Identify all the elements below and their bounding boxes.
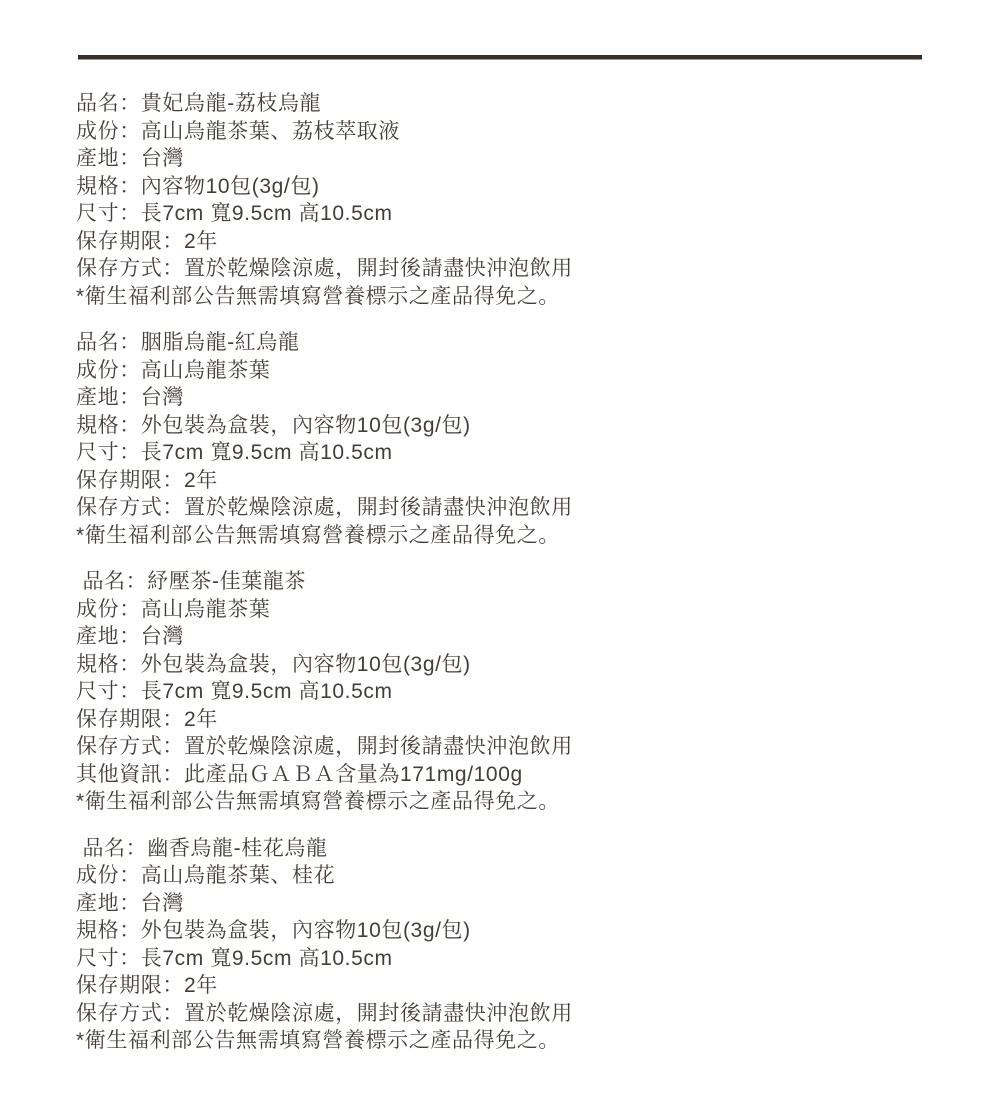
spec-line: *衛生福利部公告無需填寫營養標示之產品得免之。 <box>76 283 946 311</box>
spec-line: 其他資訊：此產品ＧＡＢＡ含量為171mg/100g <box>76 761 946 789</box>
spec-line: 保存方式：置於乾燥陰涼處，開封後請盡快沖泡飲用 <box>76 494 946 522</box>
spec-line: 尺寸：長7cm 寬9.5cm 高10.5cm <box>76 678 946 706</box>
spec-line: 成份：高山烏龍茶葉、荔枝萃取液 <box>76 118 946 146</box>
spec-line: 規格：外包裝為盒裝，內容物10包(3g/包) <box>76 651 946 679</box>
spec-line: 保存期限：2年 <box>76 467 946 495</box>
spec-line: 產地：台灣 <box>76 890 946 918</box>
spec-line: *衛生福利部公告無需填寫營養標示之產品得免之。 <box>76 522 946 550</box>
spec-line: 成份：高山烏龍茶葉、桂花 <box>76 862 946 890</box>
spec-line: *衛生福利部公告無需填寫營養標示之產品得免之。 <box>76 788 946 816</box>
spec-line: 尺寸：長7cm 寬9.5cm 高10.5cm <box>76 200 946 228</box>
spec-line: *衛生福利部公告無需填寫營養標示之產品得免之。 <box>76 1027 946 1055</box>
spec-line: 規格：外包裝為盒裝，內容物10包(3g/包) <box>76 917 946 945</box>
spec-line: 產地：台灣 <box>76 145 946 173</box>
spec-line: 品名：胭脂烏龍-紅烏龍 <box>76 329 946 357</box>
spec-line: 規格：外包裝為盒裝，內容物10包(3g/包) <box>76 412 946 440</box>
spec-line: 保存期限：2年 <box>76 972 946 1000</box>
spec-line: 尺寸：長7cm 寬9.5cm 高10.5cm <box>76 439 946 467</box>
product-spec-block: 品名：貴妃烏龍-荔枝烏龍成份：高山烏龍茶葉、荔枝萃取液產地：台灣規格：內容物10… <box>76 90 946 310</box>
product-spec-block: 品名：紓壓茶-佳葉龍茶成份：高山烏龍茶葉產地：台灣規格：外包裝為盒裝，內容物10… <box>76 568 946 816</box>
top-divider <box>78 55 922 60</box>
spec-line: 品名：貴妃烏龍-荔枝烏龍 <box>76 90 946 118</box>
spec-line: 保存方式：置於乾燥陰涼處，開封後請盡快沖泡飲用 <box>76 733 946 761</box>
spec-line: 尺寸：長7cm 寬9.5cm 高10.5cm <box>76 945 946 973</box>
spec-line: 保存方式：置於乾燥陰涼處，開封後請盡快沖泡飲用 <box>76 1000 946 1028</box>
product-spec-block: 品名：幽香烏龍-桂花烏龍成份：高山烏龍茶葉、桂花產地：台灣規格：外包裝為盒裝，內… <box>76 835 946 1055</box>
spec-line: 成份：高山烏龍茶葉 <box>76 596 946 624</box>
spec-line: 成份：高山烏龍茶葉 <box>76 357 946 385</box>
spec-line: 品名：幽香烏龍-桂花烏龍 <box>76 835 946 863</box>
spec-line: 產地：台灣 <box>76 623 946 651</box>
product-spec-page: 品名：貴妃烏龍-荔枝烏龍成份：高山烏龍茶葉、荔枝萃取液產地：台灣規格：內容物10… <box>0 0 1000 1096</box>
spec-line: 品名：紓壓茶-佳葉龍茶 <box>76 568 946 596</box>
product-spec-list: 品名：貴妃烏龍-荔枝烏龍成份：高山烏龍茶葉、荔枝萃取液產地：台灣規格：內容物10… <box>76 90 946 1074</box>
spec-line: 保存方式：置於乾燥陰涼處，開封後請盡快沖泡飲用 <box>76 255 946 283</box>
spec-line: 產地：台灣 <box>76 384 946 412</box>
spec-line: 規格：內容物10包(3g/包) <box>76 173 946 201</box>
spec-line: 保存期限：2年 <box>76 228 946 256</box>
spec-line: 保存期限：2年 <box>76 706 946 734</box>
product-spec-block: 品名：胭脂烏龍-紅烏龍成份：高山烏龍茶葉產地：台灣規格：外包裝為盒裝，內容物10… <box>76 329 946 549</box>
